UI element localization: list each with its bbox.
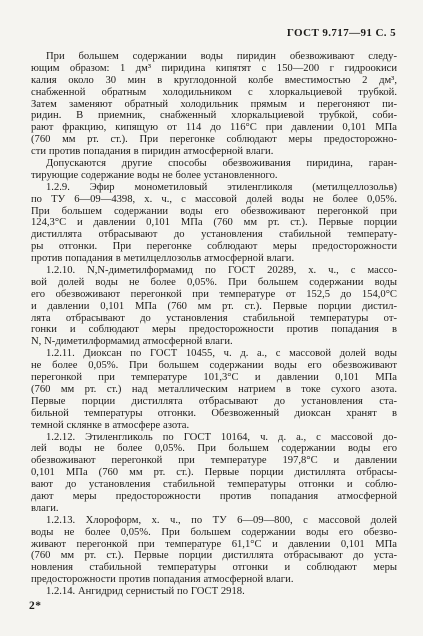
text-line: Допускаются другие способы обезвоживания… [31, 158, 397, 170]
paragraph: 1.2.10. N,N-диметилформамид по ГОСТ 2028… [31, 265, 397, 348]
paragraph: 1.2.11. Диоксан по ГОСТ 10455, ч. д. а.,… [31, 348, 397, 431]
text-line: ры отгонки. При перегонке соблюдают меры… [31, 241, 397, 253]
text-line: и давлении 0,101 МПа (760 мм рт. ст.). П… [31, 301, 397, 313]
text-line: лей воды не более 0,05%. При большем сод… [31, 443, 397, 455]
text-line: ющим образом: 1 дм³ пиридина кипятят с 1… [31, 63, 397, 75]
document-body: При большем содержании воды пиридин обез… [31, 51, 397, 598]
text-line: 1.2.9. Эфир монометиловый этиленгликоля … [31, 182, 397, 194]
text-line: гонки и соблюдают меры предосторожности … [31, 324, 397, 336]
text-line: дистиллята отбрасывают до установления с… [31, 229, 397, 241]
text-line: Затем заменяют обратный холодильник прям… [31, 99, 397, 111]
text-line: снабженной обратным холодильником с хлор… [31, 87, 397, 99]
text-line: бильной температуры отгонки. Обезвоженны… [31, 408, 397, 420]
text-line: перегонкой при температуре 101,3°С и дав… [31, 372, 397, 384]
text-line: 1.2.12. Этиленгликоль по ГОСТ 10164, ч. … [31, 432, 397, 444]
paragraph: При большем содержании воды пиридин обез… [31, 51, 397, 158]
text-line: лята отбрасывают до установления стабиль… [31, 313, 397, 325]
text-line: его обезвоживают перегонкой при температ… [31, 289, 397, 301]
text-line: калия около 30 мин в круглодонной колбе … [31, 75, 397, 87]
text-line: вают до установления стабильной температ… [31, 479, 397, 491]
text-line: вой долей воды не более 0,05%. При больш… [31, 277, 397, 289]
text-line: против попадания в метилцеллозольв атмос… [31, 253, 397, 265]
text-line: по ТУ 6—09—4398, х. ч., с массовой долей… [31, 194, 397, 206]
text-line: (760 мм рт. ст.). Первые порции дистилля… [31, 550, 397, 562]
text-line: ридин. В приемник, снабженный хлоркальци… [31, 110, 397, 122]
page-header: ГОСТ 9.717—91 С. 5 [287, 27, 396, 39]
text-line: не более 0,05%. При большем содержании в… [31, 360, 397, 372]
text-line: Первые порции дистиллята отбрасывают до … [31, 396, 397, 408]
text-line: N, N-диметилформамид атмосферной влаги. [31, 336, 397, 348]
text-line: (760 мм рт. ст.) над металлическим натри… [31, 384, 397, 396]
text-line: предосторожности против попадания атмосф… [31, 574, 397, 586]
text-line: 0,101 МПа (760 мм рт. ст.). Первые порци… [31, 467, 397, 479]
document-page: ГОСТ 9.717—91 С. 5 При большем содержани… [0, 0, 423, 636]
text-line: рают фракцию, кипящую от 114 до 116°С пр… [31, 122, 397, 134]
text-line: обезвоживают перегонкой при температуре … [31, 455, 397, 467]
text-line: тирующие содержание воды не более устано… [31, 170, 397, 182]
text-line: живают перегонкой при температуре 61,1°С… [31, 539, 397, 551]
paragraph: 1.2.9. Эфир монометиловый этиленгликоля … [31, 182, 397, 265]
paragraph: 1.2.14. Ангидрид сернистый по ГОСТ 2918. [31, 586, 397, 598]
text-line: сти против попадания в пиридин атмосферн… [31, 146, 397, 158]
text-line: (760 мм рт. ст.). При перегонке соблюдаю… [31, 134, 397, 146]
text-line: 1.2.14. Ангидрид сернистый по ГОСТ 2918. [31, 586, 397, 598]
text-line: При большем содержании воды его обезвожи… [31, 206, 397, 218]
footer-signature-mark: 2* [29, 600, 42, 612]
text-line: влаги. [31, 503, 397, 515]
text-line: При большем содержании воды пиридин обез… [31, 51, 397, 63]
text-line: 124,3°С и давлении 0,101 МПа (760 мм рт.… [31, 217, 397, 229]
text-line: 1.2.11. Диоксан по ГОСТ 10455, ч. д. а.,… [31, 348, 397, 360]
text-line: воды не более 0,05%. При большем содержа… [31, 527, 397, 539]
text-line: 1.2.13. Хлороформ, х. ч., по ТУ 6—09—800… [31, 515, 397, 527]
text-line: дают меры предосторожности против попада… [31, 491, 397, 503]
text-line: новления стабильной температуры отгонки … [31, 562, 397, 574]
paragraph: Допускаются другие способы обезвоживания… [31, 158, 397, 182]
paragraph: 1.2.12. Этиленгликоль по ГОСТ 10164, ч. … [31, 432, 397, 515]
paragraph: 1.2.13. Хлороформ, х. ч., по ТУ 6—09—800… [31, 515, 397, 586]
text-line: 1.2.10. N,N-диметилформамид по ГОСТ 2028… [31, 265, 397, 277]
text-line: темной склянке в атмосфере азота. [31, 420, 397, 432]
